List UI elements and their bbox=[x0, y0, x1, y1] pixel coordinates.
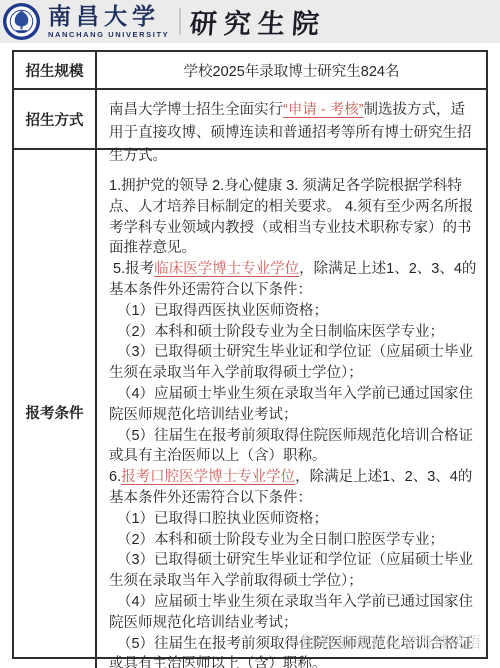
university-name-cn: 南昌大学 bbox=[48, 5, 169, 28]
zhihu-watermark: 知乎 @希赛医学考博英语 bbox=[301, 631, 482, 652]
requirements-intro: 1.拥护党的领导 2.身心健康 3. 须满足各学院根据学科特点、人才培养目标制定… bbox=[109, 176, 477, 259]
item5-prefix: 5.报考 bbox=[113, 261, 154, 277]
row-label-admission-method: 招生方式 bbox=[14, 90, 97, 150]
university-logo-icon bbox=[2, 2, 41, 41]
item5-sub-4: （4）应届硕士毕业生须在录取当年入学前已通过国家住院医师规范化培训结业考试； bbox=[109, 384, 477, 426]
cell-enrollment-scale: 学校2025年录取博士研究生824名 bbox=[97, 52, 486, 90]
item6-prefix: 6. bbox=[109, 469, 121, 485]
item5-sub-3: （3）已取得硕士研究生毕业证和学位证（应届硕士毕业生须在录取当年入学前取得硕士学… bbox=[109, 342, 477, 384]
requirement-item6: 6.报考口腔医学博士专业学位，除满足上述1、2、3、4的基本条件外还需符合以下条… bbox=[109, 467, 477, 509]
item6-sub-3: （3）已取得硕士研究生毕业证和学位证（应届硕士毕业生须在录取当年入学前取得硕士学… bbox=[109, 550, 477, 592]
university-name-en: NANCHANG UNIVERSITY bbox=[48, 30, 169, 39]
header-divider bbox=[179, 8, 181, 35]
page-header: 南昌大学 NANCHANG UNIVERSITY 研究生院 bbox=[0, 0, 500, 43]
department-title: 研究生院 bbox=[189, 2, 328, 41]
row-label-enrollment-scale: 招生规模 bbox=[14, 52, 97, 90]
item5-sub-5: （5）往届生在报考前须取得住院医师规范化培训合格证或具有主治医师以上（含）职称。 bbox=[109, 426, 477, 468]
item6-sub-4: （4）应届硕士毕业生须在录取当年入学前已通过国家住院医师规范化培训结业考试； bbox=[109, 592, 477, 634]
row-label-application-requirements: 报考条件 bbox=[14, 150, 97, 668]
item6-sub-1: （1）已取得口腔执业医师资格； bbox=[109, 509, 477, 530]
item6-sub-2: （2）本科和硕士阶段专业为全日制口腔医学专业； bbox=[109, 530, 477, 551]
item6-highlight: 报考口腔医学博士专业学位 bbox=[121, 469, 295, 485]
cell-application-requirements: 1.拥护党的领导 2.身心健康 3. 须满足各学院根据学科特点、人才培养目标制定… bbox=[97, 150, 486, 668]
item5-sub-1: （1）已取得西医执业医师资格； bbox=[109, 301, 477, 322]
item5-sub-2: （2）本科和硕士阶段专业为全日制临床医学专业； bbox=[109, 322, 477, 343]
cell-admission-method: 南昌大学博士招生全面实行“申请 - 考核”制选拔方式，适用于直接攻博、硕博连读和… bbox=[97, 90, 486, 150]
document-page: 南昌大学 NANCHANG UNIVERSITY 研究生院 招生规模 学校202… bbox=[0, 0, 500, 668]
university-name-block: 南昌大学 NANCHANG UNIVERSITY bbox=[48, 5, 169, 39]
item5-highlight: 临床医学博士专业学位 bbox=[154, 261, 299, 277]
admissions-table: 招生规模 学校2025年录取博士研究生824名 招生方式 南昌大学博士招生全面实… bbox=[12, 50, 488, 659]
requirement-item5: 5.报考临床医学博士专业学位，除满足上述1、2、3、4的基本条件外还需符合以下条… bbox=[109, 259, 477, 301]
admission-method-prefix: 南昌大学博士招生全面实行 bbox=[109, 102, 283, 118]
admission-method-highlight: “申请 - 考核” bbox=[283, 102, 364, 118]
